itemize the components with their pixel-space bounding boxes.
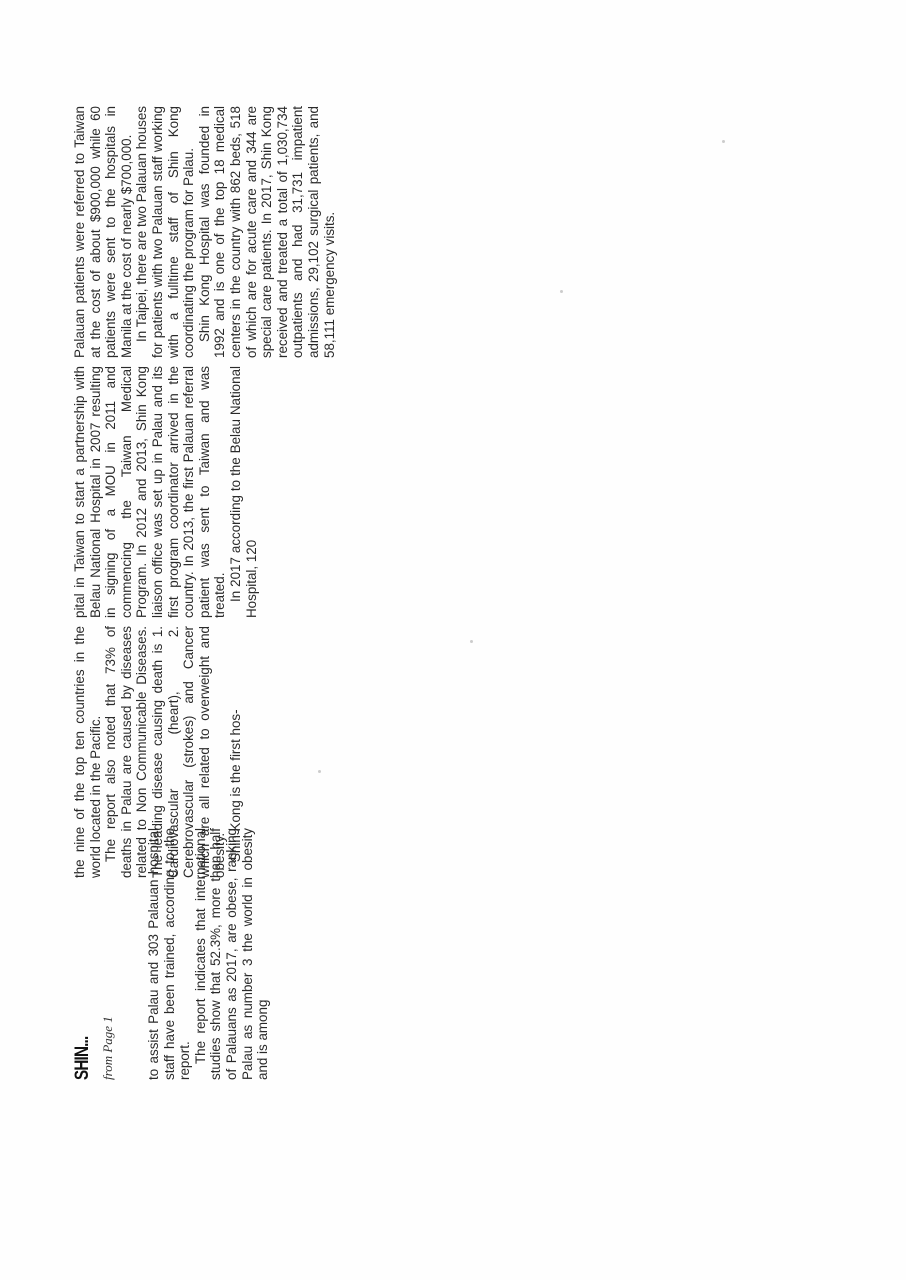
article-column-4: Palauan patients were referred to Taiwan… bbox=[72, 106, 337, 358]
paragraph: In Taipei, there are two Palauan houses … bbox=[134, 106, 196, 358]
paragraph: the nine of the top ten countries in the… bbox=[72, 626, 103, 878]
paragraph: Palauan patients were referred to Taiwan… bbox=[72, 106, 134, 358]
article-slug: SHIN... bbox=[72, 878, 94, 1080]
scan-speck bbox=[722, 140, 725, 143]
paragraph: Shin Kong Hospital was founded in 1992 a… bbox=[197, 106, 337, 358]
scan-speck bbox=[560, 290, 563, 293]
article-column-2: the nine of the top ten countries in the… bbox=[72, 626, 244, 878]
article-column-3: pital in Taiwan to start a partnership w… bbox=[72, 366, 259, 618]
paragraph: Shin Kong is the first hos- bbox=[228, 626, 244, 878]
paragraph: The report also noted that 73% of deaths… bbox=[103, 626, 228, 878]
rotated-newspaper-page: SHIN... from Page 1 to assist Palau and … bbox=[0, 0, 906, 1280]
scan-speck bbox=[318, 770, 321, 773]
scan-speck bbox=[470, 640, 473, 643]
paragraph: In 2017 according to the Belau National … bbox=[228, 366, 259, 618]
paragraph: pital in Taiwan to start a partnership w… bbox=[72, 366, 228, 618]
